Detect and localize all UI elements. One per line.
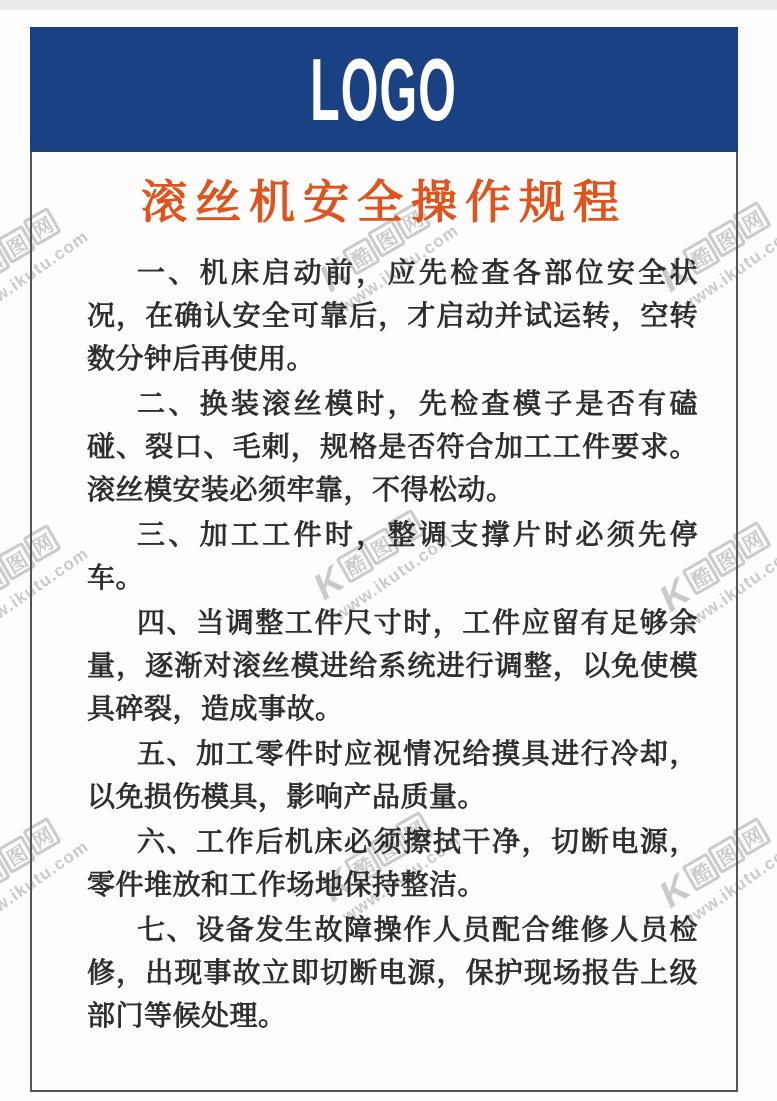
watermark-brand-char-box: 酷 (0, 242, 11, 282)
rule-paragraph: 六、工作后机床必须擦拭干净，切断电源，零件堆放和工作场地保持整洁。 (87, 820, 698, 906)
safety-regulations-poster: { "header": { "logo": "LOGO" }, "poster"… (0, 0, 777, 1101)
watermark-brand-char-box: 酷 (0, 852, 11, 892)
watermark-brand-char-box: 酷 (0, 559, 11, 599)
rule-paragraph: 五、加工零件时应视情况给摸具进行冷却，以免损伤模具，影响产品质量。 (87, 732, 698, 818)
scan-edge-strip (0, 0, 777, 10)
rule-paragraph: 一、机床启动前，应先检查各部位安全状况，在确认安全可靠后，才启动并试运转，空转数… (87, 251, 698, 380)
logo-header-bar: LOGO (30, 27, 738, 152)
rule-paragraph: 四、当调整工件尺寸时，工件应留有足够余量，逐渐对滚丝模进给系统进行调整，以免使模… (87, 601, 698, 730)
rule-paragraph: 三、加工工件时，整调支撑片时必须先停车。 (87, 513, 698, 599)
poster-title: 滚丝机安全操作规程 (32, 178, 736, 226)
rule-paragraph: 七、设备发生故障操作人员配合维修人员检修，出现事故立即切断电源，保护现场报告上级… (87, 908, 698, 1037)
logo-text: LOGO (311, 39, 458, 141)
rule-paragraph: 二、换装滚丝模时，先检查模子是否有磕碰、裂口、毛刺，规格是否符合加工工件要求。滚… (87, 382, 698, 511)
rules-list: 一、机床启动前，应先检查各部位安全状况，在确认安全可靠后，才启动并试运转，空转数… (32, 251, 736, 1037)
poster-frame: 滚丝机安全操作规程 一、机床启动前，应先检查各部位安全状况，在确认安全可靠后，才… (30, 152, 738, 1092)
